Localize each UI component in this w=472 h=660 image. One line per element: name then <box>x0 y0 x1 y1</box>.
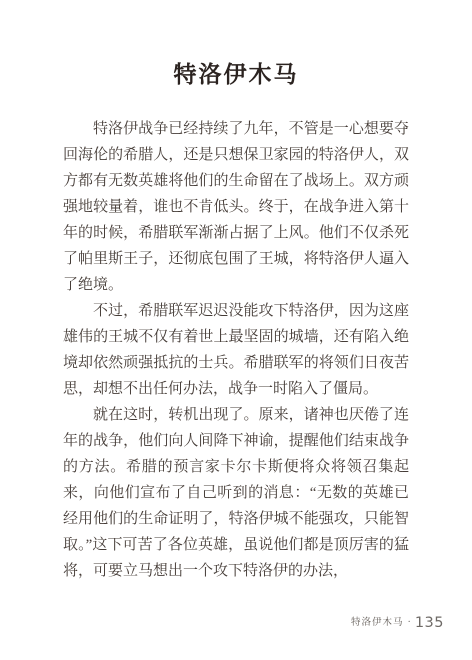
page-footer: 特洛伊木马 · 135 <box>351 614 444 632</box>
paragraph-1: 特洛伊战争已经持续了九年，不管是一心想要夺回海伦的希腊人，还是只想保卫家园的特洛… <box>63 116 409 298</box>
paragraph-2: 不过，希腊联军迟迟没能攻下特洛伊，因为这座雄伟的王城不仅有着世上最坚固的城墙，还… <box>63 298 409 402</box>
paragraph-3: 就在这时，转机出现了。原来，诸神也厌倦了连年的战争，他们向人间降下神谕，提醒他们… <box>63 402 409 584</box>
page-title: 特洛伊木马 <box>0 0 472 89</box>
footer-page-number: 135 <box>415 614 444 632</box>
story-body: 特洛伊战争已经持续了九年，不管是一心想要夺回海伦的希腊人，还是只想保卫家园的特洛… <box>63 116 409 584</box>
footer-running-title: 特洛伊木马 <box>351 614 404 632</box>
footer-separator-dot: · <box>407 614 410 632</box>
book-page: 特洛伊木马 特洛伊战争已经持续了九年，不管是一心想要夺回海伦的希腊人，还是只想保… <box>0 0 472 660</box>
